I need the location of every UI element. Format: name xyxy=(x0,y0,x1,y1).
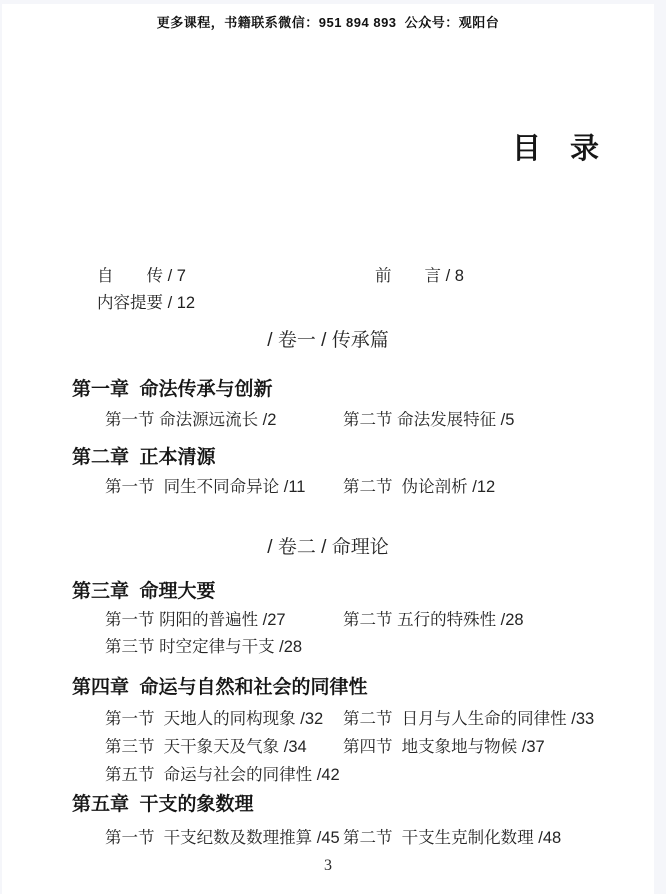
chapter-3-title: 第三章 命理大要 xyxy=(72,581,216,604)
toc-entry: 第二节 日月与人生命的同律性 /33 xyxy=(343,710,594,730)
toc-entry: 第五节 命运与社会的同律性 /42 xyxy=(105,766,343,786)
toc-row: 第五节 命运与社会的同律性 /42 xyxy=(105,766,644,786)
toc-entry: 第四节 地支象地与物候 /37 xyxy=(343,738,545,758)
toc-entry: 第三节 天干象天及气象 /34 xyxy=(105,738,343,758)
toc-row: 第一节 阴阳的普遍性 /27 第二节 五行的特殊性 /28 xyxy=(105,611,644,631)
front-matter-row: 自 传 / 7 前 言 / 8 xyxy=(97,267,634,287)
chapter-2-title: 第二章 正本清源 xyxy=(72,447,216,470)
toc-row: 第一节 干支纪数及数理推算 /45 第二节 干支生克制化数理 /48 xyxy=(105,829,644,849)
front-matter-row: 内容提要 / 12 xyxy=(97,294,634,314)
toc-entry-qianyan: 前 言 / 8 xyxy=(375,267,464,287)
toc-entry: 第一节 阴阳的普遍性 /27 xyxy=(105,611,343,631)
chapter-1-title: 第一章 命法传承与创新 xyxy=(72,379,273,402)
toc-entry-neirongtiyao: 内容提要 / 12 xyxy=(97,294,195,314)
document-page: 更多课程，书籍联系微信：951 894 893 公众号：观阳台 目 录 自 传 … xyxy=(2,4,654,894)
header-note: 更多课程，书籍联系微信：951 894 893 公众号：观阳台 xyxy=(2,12,654,31)
toc-row: 第一节 天地人的同构现象 /32 第二节 日月与人生命的同律性 /33 xyxy=(105,710,644,730)
volume-1-heading: / 卷一 / 传承篇 xyxy=(2,330,654,353)
toc-entry: 第三节 时空定律与干支 /28 xyxy=(105,638,343,658)
toc-entry: 第二节 伪论剖析 /12 xyxy=(343,478,495,498)
volume-2-heading: / 卷二 / 命理论 xyxy=(2,537,654,560)
toc-entry-zizhuan: 自 传 / 7 xyxy=(97,267,375,287)
toc-entry: 第二节 五行的特殊性 /28 xyxy=(343,611,524,631)
toc-entry: 第二节 命法发展特征 /5 xyxy=(343,411,514,431)
page-number: 3 xyxy=(2,857,654,875)
chapter-4-title: 第四章 命运与自然和社会的同律性 xyxy=(72,677,368,700)
chapter-5-title: 第五章 干支的象数理 xyxy=(72,794,254,817)
toc-entry: 第一节 干支纪数及数理推算 /45 xyxy=(105,829,343,849)
toc-entry: 第一节 同生不同命异论 /11 xyxy=(105,478,343,498)
toc-entry: 第一节 天地人的同构现象 /32 xyxy=(105,710,343,730)
toc-entry: 第一节 命法源远流长 /2 xyxy=(105,411,343,431)
toc-row: 第一节 同生不同命异论 /11 第二节 伪论剖析 /12 xyxy=(105,478,644,498)
toc-row: 第一节 命法源远流长 /2 第二节 命法发展特征 /5 xyxy=(105,411,644,431)
toc-entry: 第二节 干支生克制化数理 /48 xyxy=(343,829,561,849)
toc-title: 目 录 xyxy=(512,132,599,167)
toc-row: 第三节 时空定律与干支 /28 xyxy=(105,638,644,658)
toc-row: 第三节 天干象天及气象 /34 第四节 地支象地与物候 /37 xyxy=(105,738,644,758)
